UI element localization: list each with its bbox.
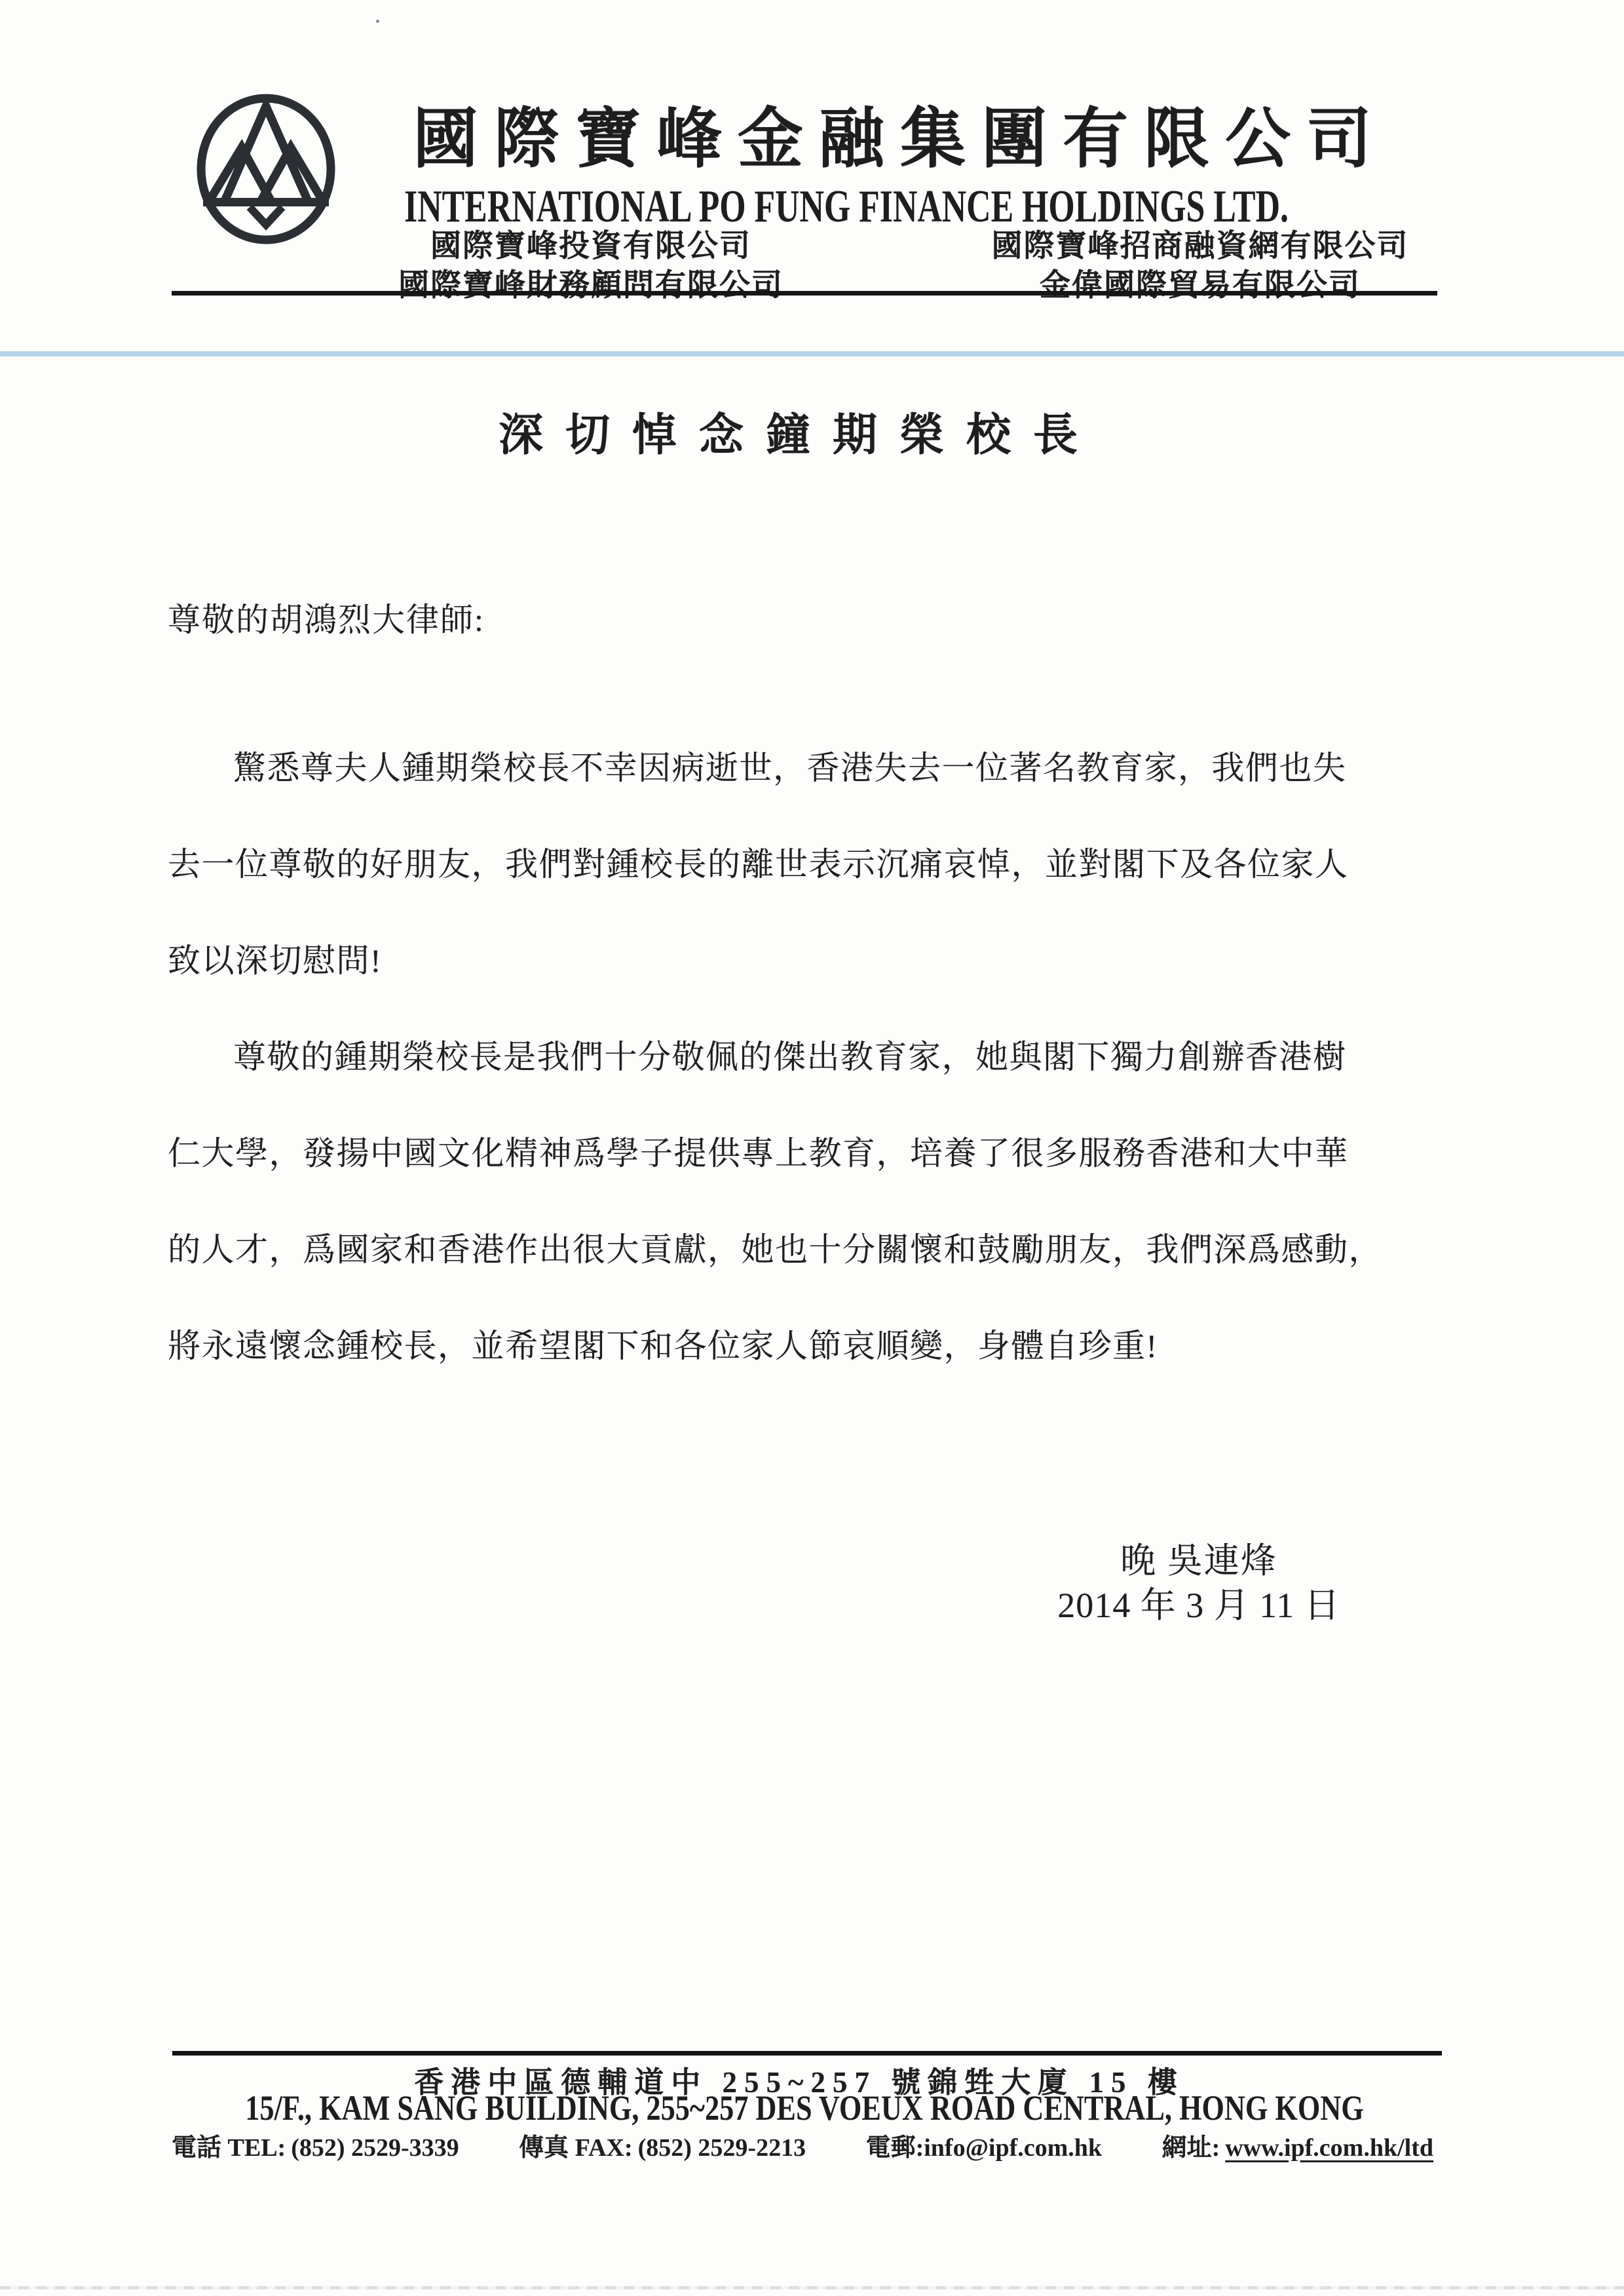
fax-entry: 傳真 FAX:(852) 2529-2213: [519, 2127, 806, 2163]
footer-address-en: 15/F., KAM SANG BUILDING, 255~257 DES VO…: [245, 2088, 1363, 2128]
body-line: 尊敬的鍾期榮校長是我們十分敬佩的傑出教育家，她與閣下獨力創辦香港樹: [168, 1009, 1436, 1105]
company-name-zh: 國際寶峰金融集團有限公司: [369, 104, 1431, 176]
body-line: 仁大學，發揚中國文化精神爲學子提供專上教育，培養了很多服務香港和大中華: [168, 1105, 1436, 1202]
subsidiary-name: 國際寶峰投資有限公司: [381, 227, 801, 266]
signature-date: 2014 年 3 月 11 日: [1002, 1583, 1395, 1628]
scan-speck: [376, 20, 379, 23]
scan-edge-noise: [0, 2286, 1624, 2289]
company-name-en: INTERNATIONAL PO FUNG FINANCE HOLDINGS L…: [404, 181, 1289, 233]
footer-contact-row: 電話 TEL:(852) 2529-3339 傳真 FAX:(852) 2529…: [172, 2127, 1433, 2163]
website-entry: 網址:www.ipf.com.hk/ltd: [1162, 2127, 1433, 2163]
website-url-link[interactable]: www.ipf.com.hk/ltd: [1225, 2134, 1433, 2162]
email-label: 電郵:: [866, 2134, 924, 2162]
salutation: 尊敬的胡鴻烈大律師:: [168, 594, 485, 641]
footer-divider-rule: [172, 2051, 1442, 2056]
website-label: 網址:: [1162, 2134, 1220, 2162]
subsidiary-name: 國際寶峰財務顧問有限公司: [381, 266, 801, 305]
telephone-entry: 電話 TEL:(852) 2529-3339: [172, 2127, 459, 2163]
company-logo: [195, 93, 337, 245]
fax-number: (852) 2529-2213: [638, 2134, 806, 2162]
subsidiary-name: 國際寶峰招商融資網有限公司: [991, 227, 1410, 266]
email-entry: 電郵:info@ipf.com.hk: [866, 2127, 1102, 2163]
subsidiary-name: 金偉國際貿易有限公司: [991, 266, 1410, 305]
email-address: info@ipf.com.hk: [924, 2134, 1102, 2162]
telephone-number: (852) 2529-3339: [291, 2134, 459, 2162]
scan-blue-line: [0, 351, 1624, 356]
fax-label: 傳真 FAX:: [519, 2134, 632, 2162]
letter-body: 驚悉尊夫人鍾期榮校長不幸因病逝世，香港失去一位著名教育家，我們也失 去一位尊敬的…: [168, 720, 1436, 1394]
signature-name: 晚 吳連烽: [1002, 1539, 1395, 1583]
telephone-label: 電話 TEL:: [172, 2134, 286, 2162]
body-line: 將永遠懷念鍾校長，並希望閣下和各位家人節哀順變，身體自珍重!: [168, 1298, 1436, 1394]
letterhead-divider-rule: [172, 291, 1437, 296]
letter-title: 深切悼念鐘期榮校長: [157, 400, 1441, 463]
body-line: 驚悉尊夫人鍾期榮校長不幸因病逝世，香港失去一位著名教育家，我們也失: [168, 720, 1436, 816]
body-line: 致以深切慰問!: [168, 913, 1436, 1009]
body-line: 的人才，爲國家和香港作出很大貢獻，她也十分關懷和鼓勵朋友，我們深爲感動，: [168, 1202, 1436, 1298]
signature-block: 晚 吳連烽 2014 年 3 月 11 日: [1002, 1539, 1395, 1628]
three-peaks-circle-logo-icon: [195, 237, 337, 248]
body-line: 去一位尊敬的好朋友，我們對鍾校長的離世表示沉痛哀悼，並對閣下及各位家人: [168, 816, 1436, 913]
